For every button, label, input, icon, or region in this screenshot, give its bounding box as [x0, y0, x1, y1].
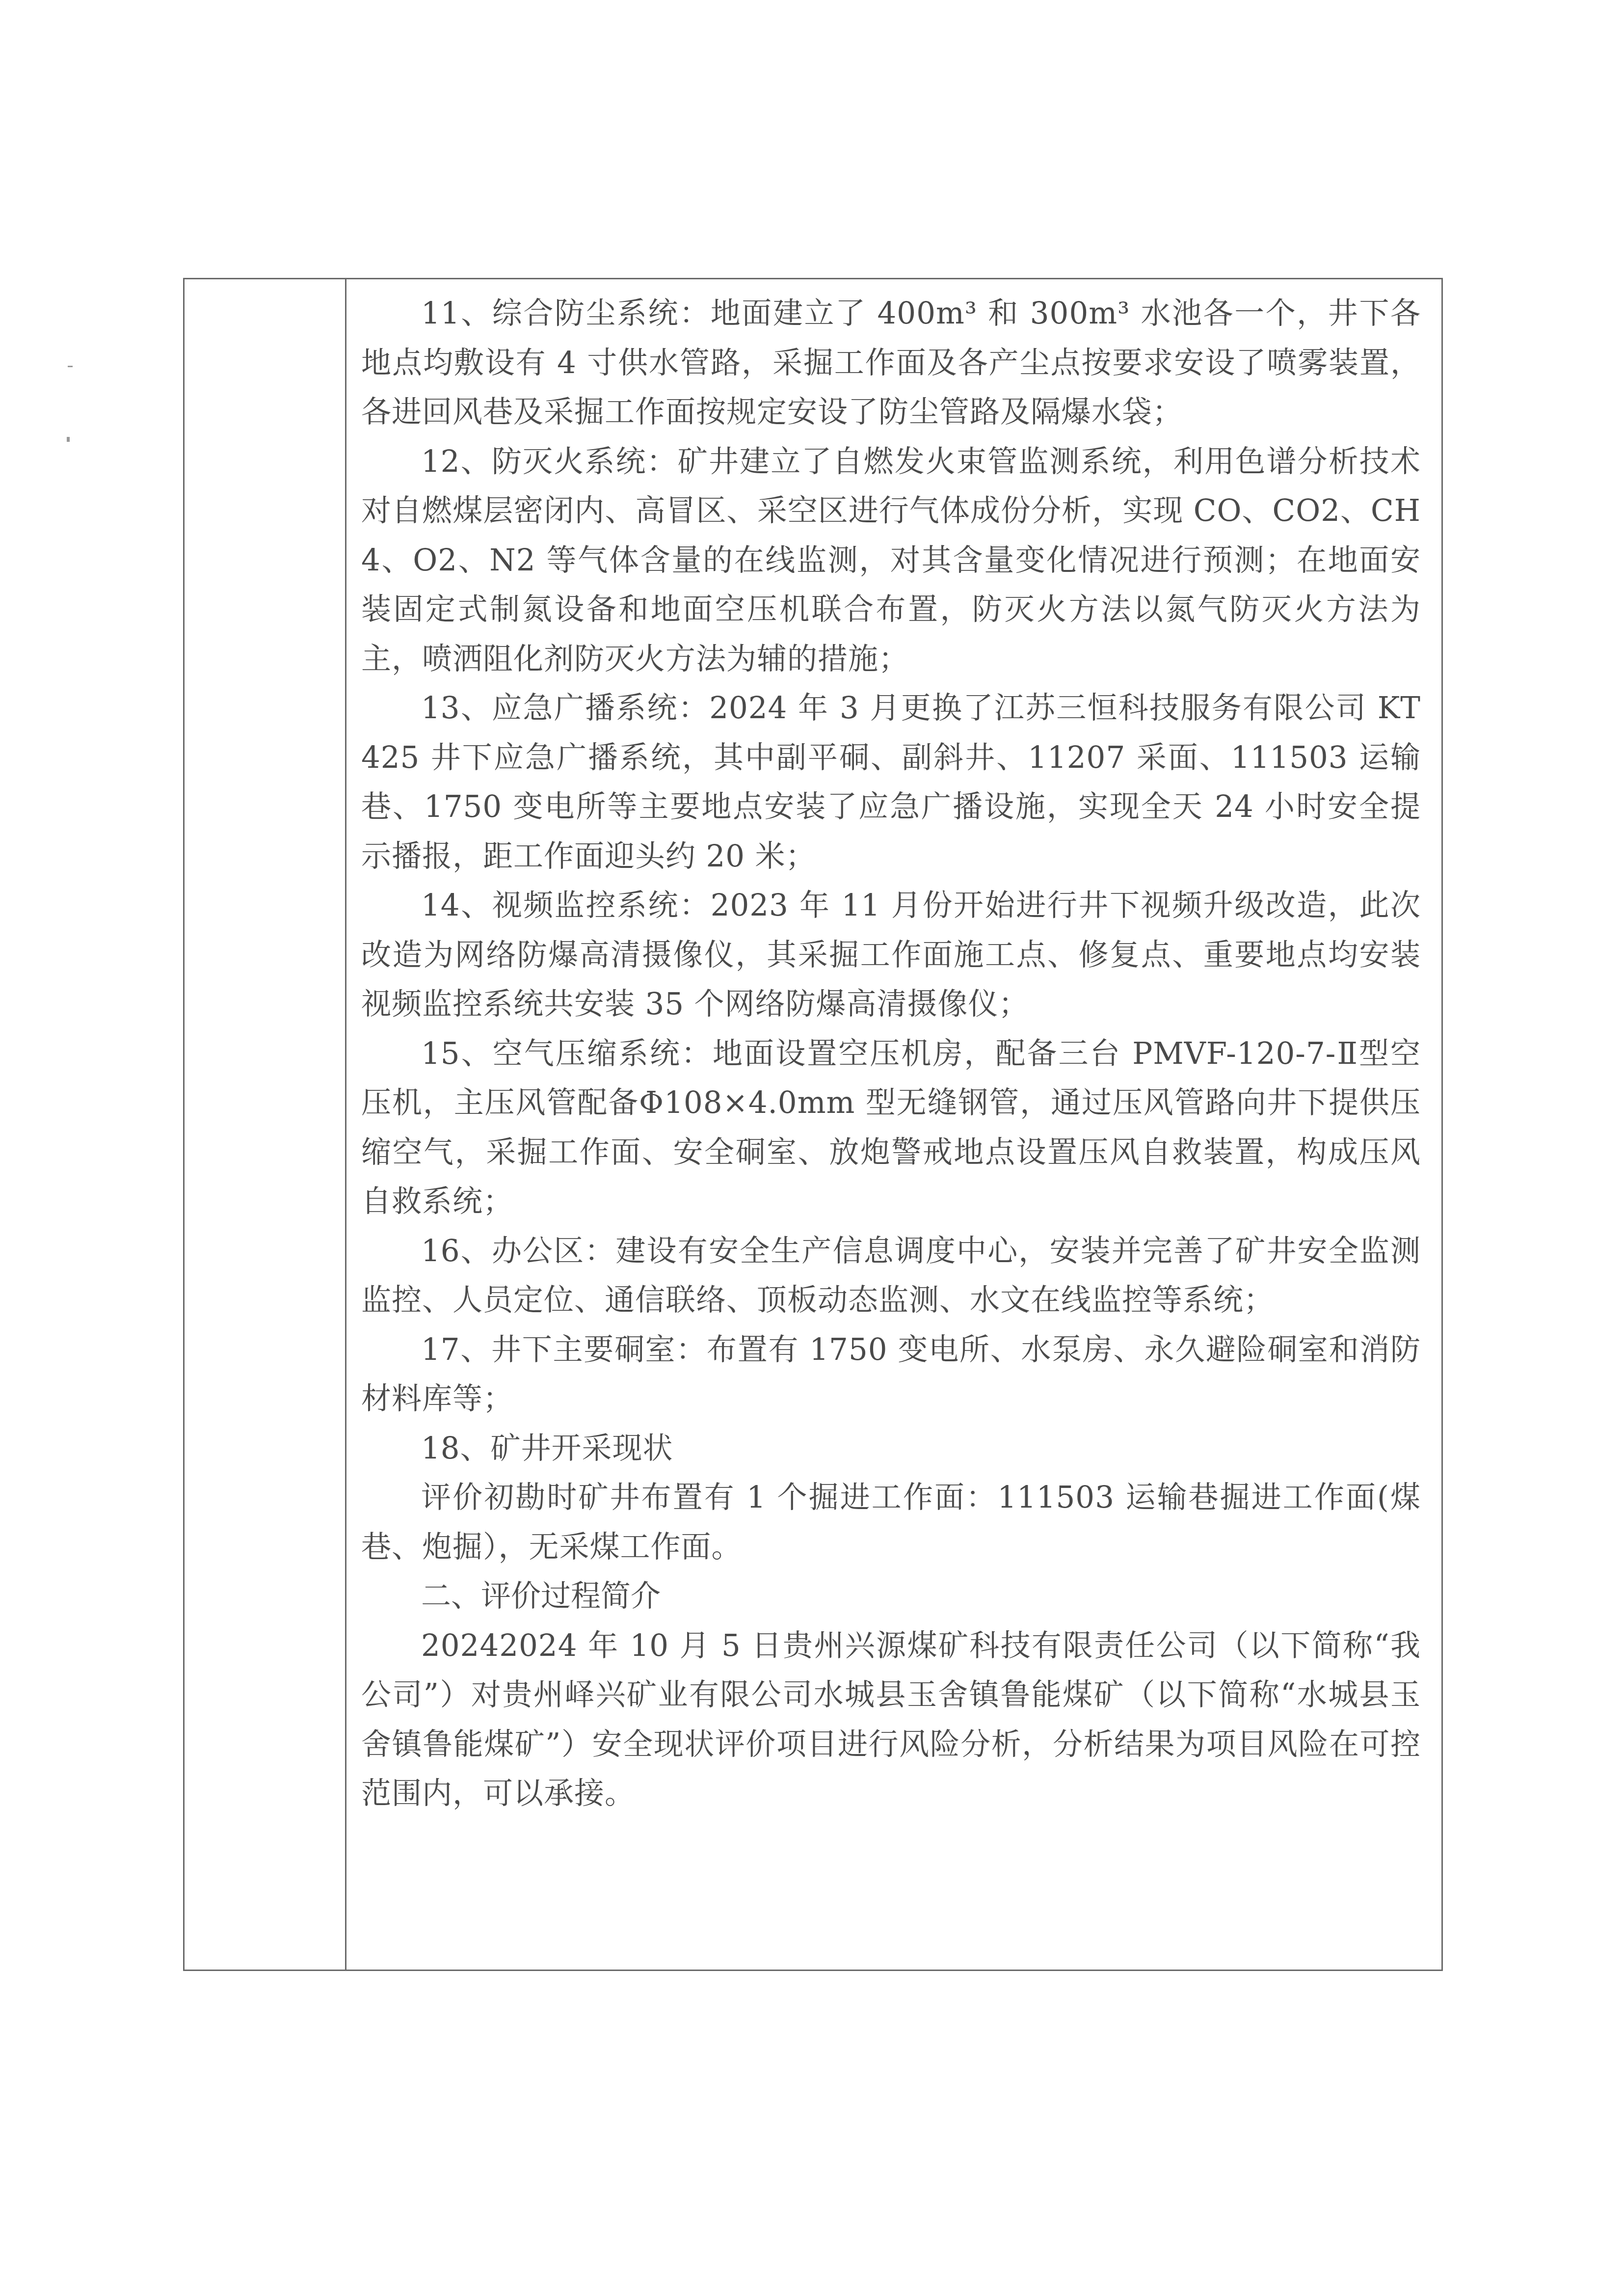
scan-artifact	[67, 437, 70, 442]
paragraph-item-16: 16、办公区：建设有安全生产信息调度中心，安装并完善了矿井安全监测监控、人员定位…	[361, 1227, 1421, 1325]
paragraph-item-12: 12、防灭火系统：矿井建立了自燃发火束管监测系统，利用色谱分析技术对自燃煤层密闭…	[361, 437, 1421, 684]
paragraph-item-13: 13、应急广播系统：2024 年 3 月更换了江苏三恒科技服务有限公司 KT42…	[361, 684, 1421, 881]
paragraph-item-17: 17、井下主要硐室：布置有 1750 变电所、水泵房、永久避险硐室和消防材料库等…	[361, 1325, 1421, 1424]
paragraph-item-18-body: 评价初勘时矿井布置有 1 个掘进工作面：111503 运输巷掘进工作面(煤巷、炮…	[361, 1473, 1421, 1572]
section-heading-evaluation-process: 二、评价过程简介	[361, 1572, 1421, 1621]
paragraph-evaluation-process: 20242024 年 10 月 5 日贵州兴源煤矿科技有限责任公司（以下简称“我…	[361, 1621, 1421, 1819]
content-table: 11、综合防尘系统：地面建立了 400m³ 和 300m³ 水池各一个，井下各地…	[183, 278, 1443, 1971]
table-label-cell	[185, 279, 346, 1970]
scan-artifact	[68, 366, 73, 367]
paragraph-item-11: 11、综合防尘系统：地面建立了 400m³ 和 300m³ 水池各一个，井下各地…	[361, 289, 1421, 437]
document-page: 11、综合防尘系统：地面建立了 400m³ 和 300m³ 水池各一个，井下各地…	[0, 0, 1623, 2296]
table-content-cell: 11、综合防尘系统：地面建立了 400m³ 和 300m³ 水池各一个，井下各地…	[346, 279, 1441, 1970]
paragraph-item-18-heading: 18、矿井开采现状	[361, 1424, 1421, 1474]
paragraph-item-14: 14、视频监控系统：2023 年 11 月份开始进行井下视频升级改造，此次改造为…	[361, 881, 1421, 1029]
paragraph-item-15: 15、空气压缩系统：地面设置空压机房，配备三台 PMVF-120-7-Ⅱ型空压机…	[361, 1029, 1421, 1227]
